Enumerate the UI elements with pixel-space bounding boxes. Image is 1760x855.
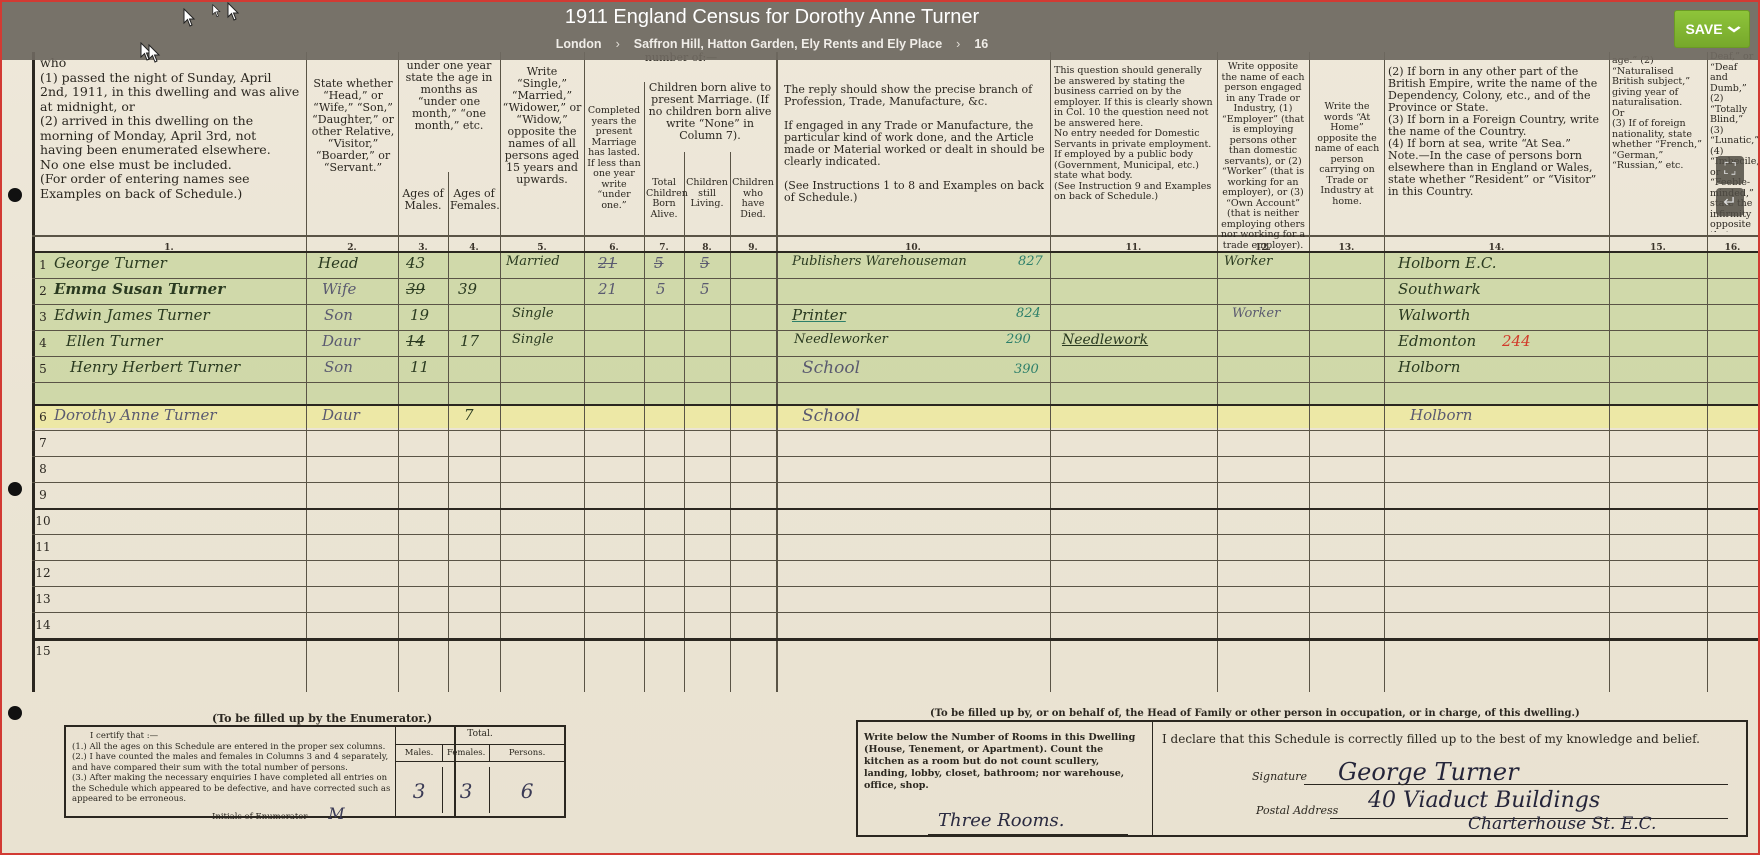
age-female: 7 — [464, 406, 474, 424]
birthplace: Holborn — [1410, 406, 1472, 424]
table-row-empty: 13 — [32, 586, 1758, 612]
header-col-2: State whether “Head,” or “Wife,” “Son,” … — [310, 78, 396, 174]
breadcrumb-separator-icon: › — [616, 37, 620, 51]
marital-status: Married — [506, 254, 560, 269]
birthplace: Southwark — [1398, 280, 1481, 298]
employment-status: Worker — [1232, 306, 1280, 321]
person-name: Ellen Turner — [66, 332, 162, 350]
person-name: Dorothy Anne Turner — [54, 406, 217, 424]
birthplace: Holborn — [1398, 358, 1460, 376]
header-col-12: Write opposite the name of each person e… — [1220, 62, 1306, 251]
punch-hole — [8, 188, 22, 202]
total-males: 3 — [396, 767, 443, 813]
punch-hole — [8, 482, 22, 496]
birthplace: Walworth — [1398, 306, 1471, 324]
viewer-header: 1911 England Census for Dorothy Anne Tur… — [2, 2, 1758, 60]
header-col-3: Ages of Males. — [400, 188, 446, 212]
children-living: 5 — [700, 254, 710, 272]
census-image[interactable]: who (1) passed the night of Sunday, Apri… — [2, 2, 1758, 853]
punch-hole — [8, 706, 22, 720]
years-married: 21 — [598, 254, 617, 272]
table-row-empty: 15 — [32, 638, 1758, 664]
breadcrumb-district[interactable]: Saffron Hill, Hatton Garden, Ely Rents a… — [634, 37, 942, 51]
header-col-1: who (1) passed the night of Sunday, Apri… — [40, 56, 302, 201]
occupation: Needleworker — [794, 332, 888, 347]
birthplace: Holborn E.C. — [1398, 254, 1497, 272]
fullscreen-button[interactable]: ⛶ — [1716, 156, 1744, 184]
table-row-empty: 14 — [32, 612, 1758, 638]
mouse-cursor-icon — [210, 4, 224, 18]
header-col-8: Children still Living. — [686, 178, 728, 210]
table-row-empty: 11 — [32, 534, 1758, 560]
declaration-section-title: (To be filled up by, or on behalf of, th… — [930, 708, 1580, 719]
age-male: 19 — [410, 306, 429, 324]
birthplace-code: 244 — [1502, 332, 1531, 350]
occupation: School — [802, 406, 860, 426]
header-col-9: Children who have Died. — [732, 178, 774, 220]
header-col-10: The reply should show the precise branch… — [784, 84, 1046, 204]
occupation-code: 824 — [1016, 306, 1041, 321]
header-col-14: (2) If born in any other part of the Bri… — [1388, 66, 1606, 198]
signature: George Turner — [1338, 758, 1519, 786]
mouse-cursor-icon — [227, 2, 241, 22]
header-col-11: This question should generally be answer… — [1054, 66, 1214, 203]
declaration-box: Write below the Number of Rooms in this … — [856, 720, 1748, 837]
table-row-empty: 10 — [32, 508, 1758, 534]
age-male: 43 — [406, 254, 425, 272]
occupation: Printer — [792, 306, 846, 324]
marital-status: Single — [512, 332, 554, 347]
table-row[interactable]: 2 Emma Susan Turner Wife 39 39 21 5 5 So… — [32, 278, 1758, 304]
years-married: 21 — [598, 280, 617, 298]
chevron-down-icon — [1727, 22, 1741, 36]
table-row[interactable]: 1 George Turner Head 43 Married 21 5 5 P… — [32, 252, 1758, 278]
children-born: 5 — [654, 254, 664, 272]
totals-box: Total. Males. Females. Persons. 3 3 6 — [395, 725, 566, 818]
breadcrumb-county[interactable]: London — [556, 37, 602, 51]
header-col-7: Total Children Born Alive. — [646, 178, 682, 220]
relation: Son — [324, 358, 353, 376]
enumerator-initials: M — [328, 804, 344, 823]
birthplace: Edmonton — [1398, 332, 1476, 350]
header-col-15: age.” (2) “Naturalised British subject,”… — [1612, 56, 1704, 172]
mouse-cursor-icon — [148, 44, 162, 64]
person-name: Henry Herbert Turner — [70, 358, 240, 376]
age-male: 14 — [406, 332, 425, 350]
age-male: 39 — [406, 280, 425, 298]
postal-address-line1: 40 Viaduct Buildings — [1368, 788, 1600, 813]
occupation-code: 390 — [1014, 362, 1039, 377]
relation: Wife — [322, 280, 356, 298]
postal-address-line2: Charterhouse St. E.C. — [1468, 814, 1656, 834]
header-col-13: Write the words “At Home” opposite the n… — [1312, 102, 1382, 207]
breadcrumb-page[interactable]: 16 — [974, 37, 988, 51]
header-col-3-4-note: under one year state the age in months a… — [400, 60, 498, 132]
occupation-code: 827 — [1018, 254, 1043, 269]
industry: Needlework — [1062, 332, 1148, 348]
children-living: 5 — [700, 280, 710, 298]
relation: Daur — [322, 332, 360, 350]
marital-status: Single — [512, 306, 554, 321]
table-row[interactable]: 4 Ellen Turner Daur 14 17 Single Needlew… — [32, 330, 1758, 356]
save-button[interactable]: SAVE — [1674, 10, 1750, 48]
header-col-5: Write “Single,” “Married,” “Widower,” or… — [502, 66, 582, 186]
age-male: 11 — [410, 358, 429, 376]
employment-status: Worker — [1224, 254, 1272, 269]
header-col-6: Completed years the present Marriage has… — [586, 106, 642, 211]
header-col-4: Ages of Females. — [450, 188, 498, 212]
children-born: 5 — [656, 280, 666, 298]
age-female: 17 — [460, 332, 479, 350]
person-name: Edwin James Turner — [54, 306, 210, 324]
rooms-value: Three Rooms. — [938, 810, 1064, 831]
table-row-empty: 7 — [32, 430, 1758, 456]
header-col-7-9-note: Children born alive to present Marriage.… — [646, 82, 774, 142]
breadcrumb-separator-icon: › — [956, 37, 960, 51]
table-row-empty: 9 — [32, 482, 1758, 508]
occupation: School — [802, 358, 860, 378]
age-female: 39 — [458, 280, 477, 298]
fullscreen-icon: ⛶ — [1724, 161, 1735, 179]
enumerator-section-title: (To be filled up by the Enumerator.) — [212, 712, 432, 725]
table-row-empty: 8 — [32, 456, 1758, 482]
rooms-instructions: Write below the Number of Rooms in this … — [864, 732, 1142, 792]
occupation-code: 290 — [1006, 332, 1031, 347]
relation: Son — [324, 306, 353, 324]
person-name: George Turner — [54, 254, 167, 272]
table-row-selected[interactable]: 6 Dorothy Anne Turner Daur 7 School Holb… — [32, 404, 1758, 430]
total-females: 3 — [443, 767, 490, 813]
breadcrumb: London›Saffron Hill, Hatton Garden, Ely … — [2, 37, 1542, 51]
relation: Daur — [322, 406, 360, 424]
mouse-cursor-icon — [183, 8, 197, 28]
table-row-empty: 12 — [32, 560, 1758, 586]
census-table: who (1) passed the night of Sunday, Apri… — [32, 52, 1758, 692]
occupation: Publishers Warehouseman — [792, 254, 967, 269]
declaration-statement: I declare that this Schedule is correctl… — [1162, 732, 1700, 746]
table-row[interactable]: 3 Edwin James Turner Son 19 Single Print… — [32, 304, 1758, 330]
table-row[interactable]: 5 Henry Herbert Turner Son 11 School 390… — [32, 356, 1758, 382]
total-persons: 6 — [490, 767, 564, 813]
person-name: Emma Susan Turner — [54, 280, 225, 298]
relation: Head — [318, 254, 359, 272]
